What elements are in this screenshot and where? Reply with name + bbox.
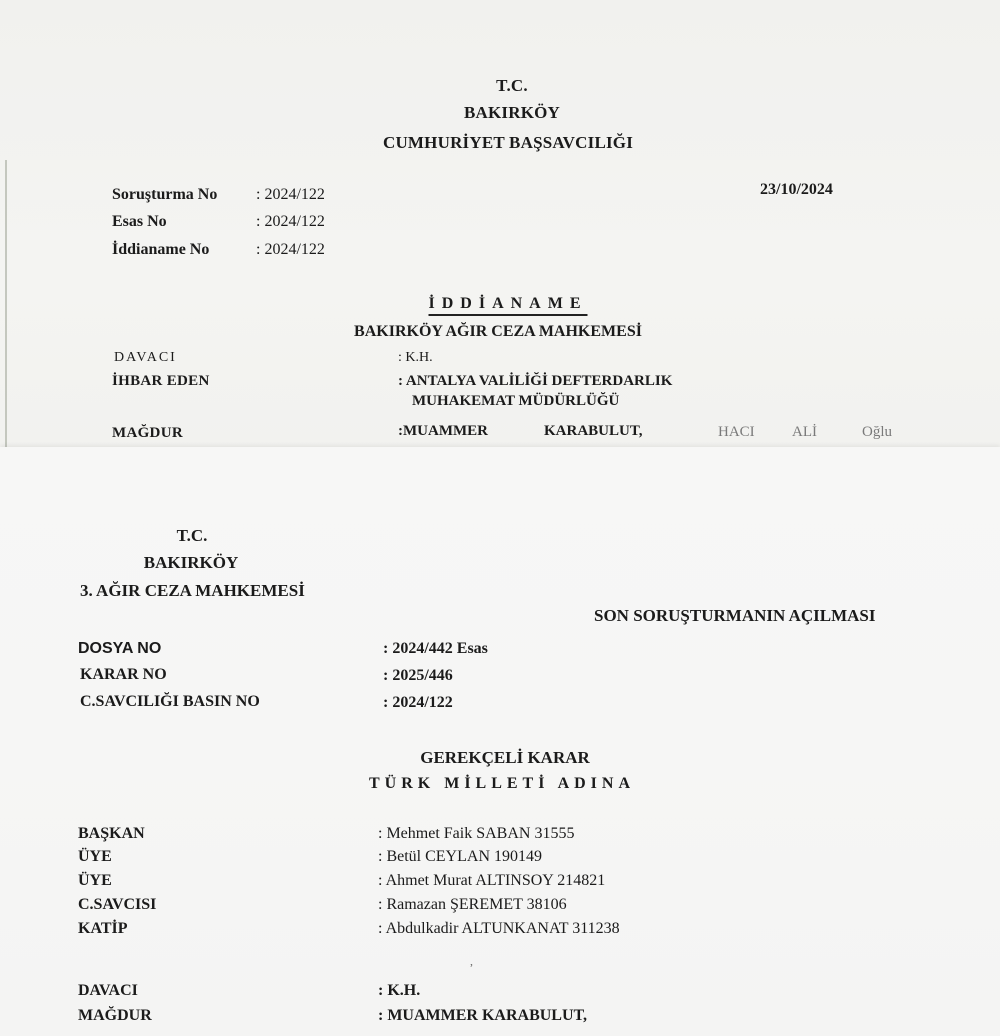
party-label-plaintiff-2: DAVACI — [78, 982, 138, 1000]
indictment-header-office: CUMHURİYET BAŞSAVCILIĞI — [383, 133, 633, 153]
panel-label-prosecutor: C.SAVCISI — [78, 896, 156, 914]
party-label-informant: İHBAR EDEN — [112, 373, 210, 390]
file-value-dossier-no: : 2024/442 Esas — [383, 640, 488, 658]
meta-value-investigation-no: : 2024/122 — [256, 186, 325, 204]
decision-header-tc: T.C. — [177, 526, 208, 546]
file-label-dossier-no: DOSYA NO — [78, 640, 161, 658]
file-value-decision-no: : 2025/446 — [383, 667, 453, 685]
party-value-victim-2: : MUAMMER KARABULUT, — [378, 1007, 587, 1025]
decision-subject: SON SORUŞTURMANIN AÇILMASI — [594, 606, 876, 626]
party-value-informant-line2: MUHAKEMAT MÜDÜRLÜĞÜ — [412, 393, 619, 410]
party-label-plaintiff: DAVACI — [114, 350, 177, 366]
meta-value-case-no: : 2024/122 — [256, 213, 325, 231]
panel-value-member-1: : Betül CEYLAN 190149 — [378, 848, 542, 866]
party-value-informant: : ANTALYA VALİLİĞİ DEFTERDARLIK — [398, 373, 672, 390]
party-value-victim-father-3: Oğlu — [862, 424, 892, 441]
panel-value-clerk: : Abdulkadir ALTUNKANAT 311238 — [378, 920, 620, 938]
panel-label-member-1: ÜYE — [78, 848, 112, 866]
panel-label-president: BAŞKAN — [78, 825, 145, 843]
indictment-page: T.C. BAKIRKÖY CUMHURİYET BAŞSAVCILIĞI 23… — [0, 0, 1000, 450]
panel-value-prosecutor: : Ramazan ŞEREMET 38106 — [378, 896, 567, 914]
file-value-prosecution-no: : 2024/122 — [383, 694, 453, 712]
decision-header-court: 3. AĞIR CEZA MAHKEMESİ — [80, 581, 305, 601]
party-value-victim-last: KARABULUT, — [544, 423, 642, 440]
indictment-date: 23/10/2024 — [760, 181, 833, 199]
meta-label-case-no: Esas No — [112, 213, 167, 231]
file-label-decision-no: KARAR NO — [80, 666, 167, 684]
party-value-victim-father-1: HACI — [718, 424, 755, 441]
indictment-court: BAKIRKÖY AĞIR CEZA MAHKEMESİ — [354, 323, 642, 341]
party-label-victim: MAĞDUR — [112, 425, 183, 442]
decision-subtitle: TÜRK MİLLETİ ADINA — [369, 775, 635, 793]
stray-mark: , — [470, 954, 473, 969]
file-label-prosecution-no: C.SAVCILIĞI BASIN NO — [80, 693, 260, 711]
panel-label-member-2: ÜYE — [78, 872, 112, 890]
panel-value-president: : Mehmet Faik SABAN 31555 — [378, 825, 574, 843]
indictment-title: İDDİANAME — [429, 295, 588, 316]
indictment-header-tc: T.C. — [496, 76, 528, 96]
decision-title: GEREKÇELİ KARAR — [420, 748, 590, 768]
meta-label-investigation-no: Soruşturma No — [112, 186, 217, 204]
meta-label-indictment-no: İddianame No — [112, 241, 209, 259]
party-value-plaintiff-2: : K.H. — [378, 982, 420, 1000]
party-label-victim-2: MAĞDUR — [78, 1007, 152, 1025]
party-value-victim-father-2: ALİ — [792, 424, 817, 441]
party-value-victim-first: :MUAMMER — [398, 423, 488, 440]
indictment-header-city: BAKIRKÖY — [464, 103, 560, 123]
panel-label-clerk: KATİP — [78, 920, 127, 938]
decision-page: T.C. BAKIRKÖY 3. AĞIR CEZA MAHKEMESİ SON… — [0, 447, 1000, 1036]
decision-header-city: BAKIRKÖY — [144, 553, 238, 573]
paper-edge — [5, 160, 7, 450]
panel-value-member-2: : Ahmet Murat ALTINSOY 214821 — [378, 872, 605, 890]
party-value-plaintiff: : K.H. — [398, 350, 433, 366]
meta-value-indictment-no: : 2024/122 — [256, 241, 325, 259]
